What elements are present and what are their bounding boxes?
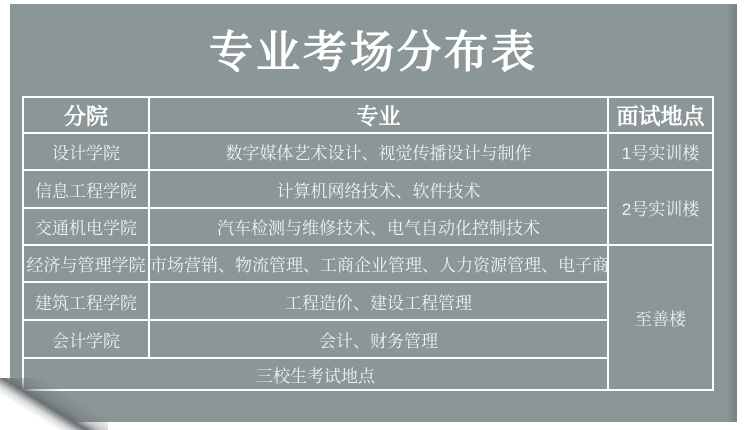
college-cell: 交通机电学院 [23, 208, 149, 245]
exam-room-table: 分院 专业 面试地点 设计学院 数字媒体艺术设计、视觉传播设计与制作 1号实训楼… [22, 96, 714, 391]
majors-cell: 会计、财务管理 [149, 320, 608, 358]
college-cell: 设计学院 [23, 133, 149, 170]
table-row: 信息工程学院 计算机网络技术、软件技术 2号实训楼 [23, 170, 713, 208]
header-location: 面试地点 [608, 97, 713, 133]
majors-cell: 计算机网络技术、软件技术 [149, 170, 608, 208]
location-cell: 至善楼 [608, 245, 713, 390]
page-curl-shadow [0, 378, 108, 430]
majors-cell: 市场营销、物流管理、工商企业管理、人力资源管理、电子商务 [149, 245, 608, 282]
majors-cell: 汽车检测与维修技术、电气自动化控制技术 [149, 208, 608, 245]
screenshot-root: 专业考场分布表 分院 专业 面试地点 设计学院 数字媒体艺术设计、视觉传播设计与… [0, 0, 747, 430]
footer-cell: 三校生考试地点 [23, 358, 608, 390]
college-cell: 信息工程学院 [23, 170, 149, 208]
college-cell: 经济与管理学院 [23, 245, 149, 282]
slide-panel: 专业考场分布表 分院 专业 面试地点 设计学院 数字媒体艺术设计、视觉传播设计与… [10, 4, 737, 422]
majors-cell: 工程造价、建设工程管理 [149, 282, 608, 320]
college-cell: 会计学院 [23, 320, 149, 358]
location-cell: 2号实训楼 [608, 170, 713, 245]
majors-cell: 数字媒体艺术设计、视觉传播设计与制作 [149, 133, 608, 170]
college-cell: 建筑工程学院 [23, 282, 149, 320]
header-college: 分院 [23, 97, 149, 133]
page-title: 专业考场分布表 [10, 16, 737, 80]
table-row: 经济与管理学院 市场营销、物流管理、工商企业管理、人力资源管理、电子商务 至善楼 [23, 245, 713, 282]
table-row: 设计学院 数字媒体艺术设计、视觉传播设计与制作 1号实训楼 [23, 133, 713, 170]
table-header-row: 分院 专业 面试地点 [23, 97, 713, 133]
location-cell: 1号实训楼 [608, 133, 713, 170]
header-major: 专业 [149, 97, 608, 133]
